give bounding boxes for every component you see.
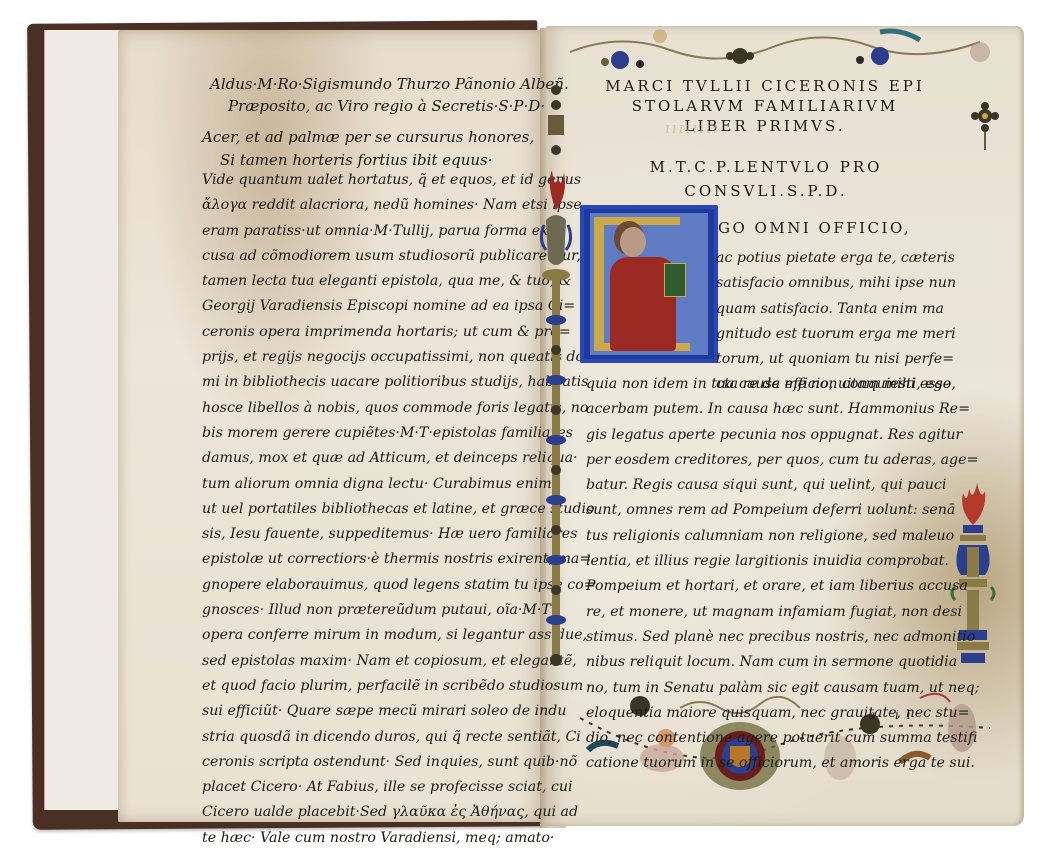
illuminated-initial-e bbox=[580, 205, 718, 363]
text-line: stria quosdã in dicendo duros, qui q̃ re… bbox=[202, 725, 596, 750]
opening-line: GO OMNI OFFICIO, bbox=[718, 219, 911, 237]
text-line: te hæc· Vale cum nostro Varadiensi, meq;… bbox=[202, 826, 596, 850]
pastedown-flyleaf bbox=[44, 30, 125, 810]
address-line: CONSVLI.S.P.D. bbox=[606, 179, 926, 203]
text-line: dio, nec contentione agere potuerit cum … bbox=[586, 726, 980, 751]
faded-manuscript-annotation: ıııııııı bbox=[665, 119, 719, 137]
letter-body: quia non idem in tua causa efficio, uita… bbox=[586, 372, 980, 777]
text-line: per eosdem creditores, per quos, cum tu … bbox=[586, 448, 980, 473]
text-line: Pompeium et hortari, et orare, et iam li… bbox=[586, 574, 980, 599]
initial-letter-stroke bbox=[594, 217, 604, 351]
text-line: catione tuorum in se officiorum, et amor… bbox=[586, 751, 980, 776]
signature-mark: a ii bbox=[868, 708, 919, 722]
open-book: Aldus·M·Ro·Sigismundo Thurzo Pãnonio Alb… bbox=[0, 0, 1052, 850]
verse-line: Acer, et ad palmæ per se cursurus honore… bbox=[202, 126, 534, 149]
text-line: gnitudo est tuorum erga me meri bbox=[716, 322, 956, 347]
text-line: torum, ut quoniam tu nisi perfe= bbox=[716, 347, 956, 372]
floral-top-border-ornament bbox=[560, 22, 1020, 76]
text-line: nibus reliquit locum. Nam cum in sermone… bbox=[586, 650, 980, 675]
text-line: ac potius pietate erga te, cæteris bbox=[716, 246, 956, 271]
figure-green-book bbox=[664, 263, 686, 297]
figure-head bbox=[620, 227, 646, 257]
address-line: M.T.C.P.LENTVLO PRO bbox=[606, 155, 926, 179]
text-line: eloquentia maiore quisquam, nec grauitat… bbox=[586, 701, 980, 726]
title-line: STOLARVM FAMILIARIVM bbox=[600, 96, 930, 116]
text-line: no, tum in Senatu palàm sic egit causam … bbox=[586, 676, 980, 701]
heading-line: Aldus·M·Ro·Sigismundo Thurzo Pãnonio Alb… bbox=[210, 73, 569, 95]
text-line: satisfacio omnibus, mihi ipse nun bbox=[716, 271, 956, 296]
book-title: MARCI TVLLII CICERONIS EPI STOLARVM FAMI… bbox=[600, 76, 930, 136]
text-line: tus religionis calumniam non religione, … bbox=[586, 524, 980, 549]
letter-address: M.T.C.P.LENTVLO PRO CONSVLI.S.P.D. bbox=[606, 155, 926, 203]
text-line: re, et monere, ut magnam infamiam fugiat… bbox=[586, 600, 980, 625]
candelabrum-column-ornament bbox=[536, 60, 576, 700]
text-line: acerbam putem. In causa hæc sunt. Hammon… bbox=[586, 397, 980, 422]
text-line: sui efficiũt· Quare sæpe mecũ mirari sol… bbox=[202, 699, 596, 724]
epigraph-verse: Acer, et ad palmæ per se cursurus honore… bbox=[202, 126, 534, 172]
text-line: placet Cicero· At Fabius, ille se profec… bbox=[202, 775, 596, 800]
initial-letter-stroke bbox=[594, 217, 680, 225]
text-line: stimus. Sed planè nec precibus nostris, … bbox=[586, 625, 980, 650]
corner-jewel-ornament bbox=[965, 98, 1005, 152]
text-line: sunt, omnes rem ad Pompeium deferri uolu… bbox=[586, 498, 980, 523]
text-line: quia non idem in tua causa efficio, uita… bbox=[586, 372, 980, 397]
heading-line: Præposito, ac Viro regio à Secretis·S·P·… bbox=[210, 95, 569, 117]
title-line: MARCI TVLLII CICERONIS EPI bbox=[600, 76, 930, 96]
title-line: LIBER PRIMVS. bbox=[600, 116, 930, 136]
text-line: Cicero ualde placebit·Sed γλαῦκα ἐς Ἀθήν… bbox=[202, 800, 596, 825]
text-line: batur. Regis causa siqui sunt, qui uelin… bbox=[586, 473, 980, 498]
text-line: quam satisfacio. Tanta enim ma bbox=[716, 297, 956, 322]
text-line: gis legatus aperte pecunia nos oppugnat.… bbox=[586, 423, 980, 448]
text-line: ceronis scripta ostendunt· Sed inquies, … bbox=[202, 750, 596, 775]
dedication-heading: Aldus·M·Ro·Sigismundo Thurzo Pãnonio Alb… bbox=[210, 73, 569, 117]
text-line: lentia, et illius regie largitionis inui… bbox=[586, 549, 980, 574]
